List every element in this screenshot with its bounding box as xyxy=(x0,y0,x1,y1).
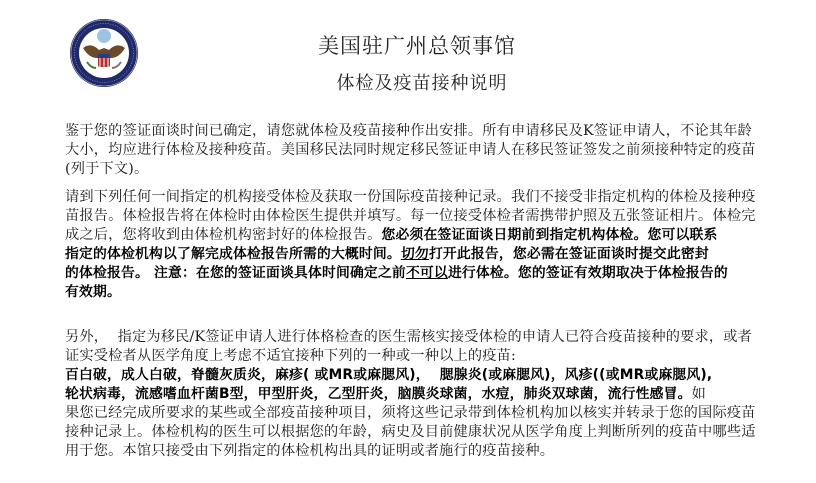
underlined-cannot: 不可以 xyxy=(406,265,448,281)
text-line: 轮状病毒，流感嗜血杆菌B型，甲型肝炎，乙型肝炎，脑膜炎球菌，水痘，肺炎双球菌，流… xyxy=(65,385,777,404)
text-line: 请到下列任何一间指定的机构接受体检及获取一份国际疫苗接种记录。我们不接受非指定机… xyxy=(65,188,777,207)
text-line: 指定的体检机构以了解完成体检报告所需的大概时间。切勿打开此报告，您必需在签证面谈… xyxy=(65,245,777,264)
text-line: 的体检报告。 注意：在您的签证面谈具体时间确定之前不可以进行体检。您的签证有效期… xyxy=(65,264,777,283)
bold-notice: 的体检报告。 注意：在您的签证面谈具体时间确定之前 xyxy=(65,265,406,281)
bold-warning: 打开此报告，您必需在签证面谈时提交此密封 xyxy=(429,246,709,262)
text-line: 成之后，您将收到由体检机构密封好的体检报告。您必须在签证面谈日期前到指定机构体检… xyxy=(65,226,777,245)
paragraph-medical-exam: 请到下列任何一间指定的机构接受体检及获取一份国际疫苗接种记录。我们不接受非指定机… xyxy=(65,188,777,302)
paragraph-vaccines: 另外， 指定为移民/K签证申请人进行体格检查的医生需核实接受体检的申请人已符合疫… xyxy=(65,328,777,461)
bold-warning: 指定的体检机构以了解完成体检报告所需的大概时间。 xyxy=(65,246,401,262)
text-line: 果您已经完成所要求的某些或全部疫苗接种项目，须将这些记录带到体检机构加以核实并转… xyxy=(65,404,777,423)
text-line: 鉴于您的签证面谈时间已确定，请您就体检及疫苗接种作出安排。所有申请移民及K签证申… xyxy=(65,122,777,141)
text-normal: 成之后，您将收到由体检机构密封好的体检报告。 xyxy=(65,227,382,243)
text-line: 有效期。 xyxy=(65,283,777,302)
text-line: 大小，均应进行体检及接种疫苗。美国移民法同时规定移民签证申请人在移民签证签发之前… xyxy=(65,141,777,160)
text-line: 证实受检者从医学角度上考虑不适宜接种下列的一种或一种以上的疫苗: xyxy=(65,347,777,366)
paragraph-intro: 鉴于您的签证面谈时间已确定，请您就体检及疫苗接种作出安排。所有申请移民及K签证申… xyxy=(65,122,777,179)
text-normal: 如 xyxy=(692,386,706,402)
consulate-title: 美国驻广州总领事馆 xyxy=(0,30,816,60)
vaccine-list-line: 百白破，成人白破，脊髓灰质炎，麻疹( 或MR或麻腮风)， 腮腺炎(或麻腮风)，风… xyxy=(65,366,777,385)
vaccine-list-line: 轮状病毒，流感嗜血杆菌B型，甲型肝炎，乙型肝炎，脑膜炎球菌，水痘，肺炎双球菌，流… xyxy=(65,386,692,402)
text-line: 另外， 指定为移民/K签证申请人进行体格检查的医生需核实接受体检的申请人已符合疫… xyxy=(65,328,777,347)
bold-warning: 您必须在签证面谈日期前到指定机构体检。您可以联系 xyxy=(382,227,718,243)
bold-notice: 有效期。 xyxy=(65,284,121,300)
text-line: 接种记录上。体检机构的医生可以根据您的年龄，病史及目前健康状况从医学角度上判断所… xyxy=(65,423,777,442)
document-subtitle: 体检及疫苗接种说明 xyxy=(0,69,816,95)
text-line: (列于下文)。 xyxy=(65,160,777,179)
bold-notice: 进行体检。您的签证有效期取决于体检报告的 xyxy=(448,265,728,281)
text-line: 苗报告。体检报告将在体检时由体检医生提供并填写。每一位接受体检者需携带护照及五张… xyxy=(65,207,777,226)
underlined-do-not: 切勿 xyxy=(401,246,429,262)
text-line: 用于您。本馆只接受由下列指定的体检机构出具的证明或者施行的疫苗接种。 xyxy=(65,442,777,461)
